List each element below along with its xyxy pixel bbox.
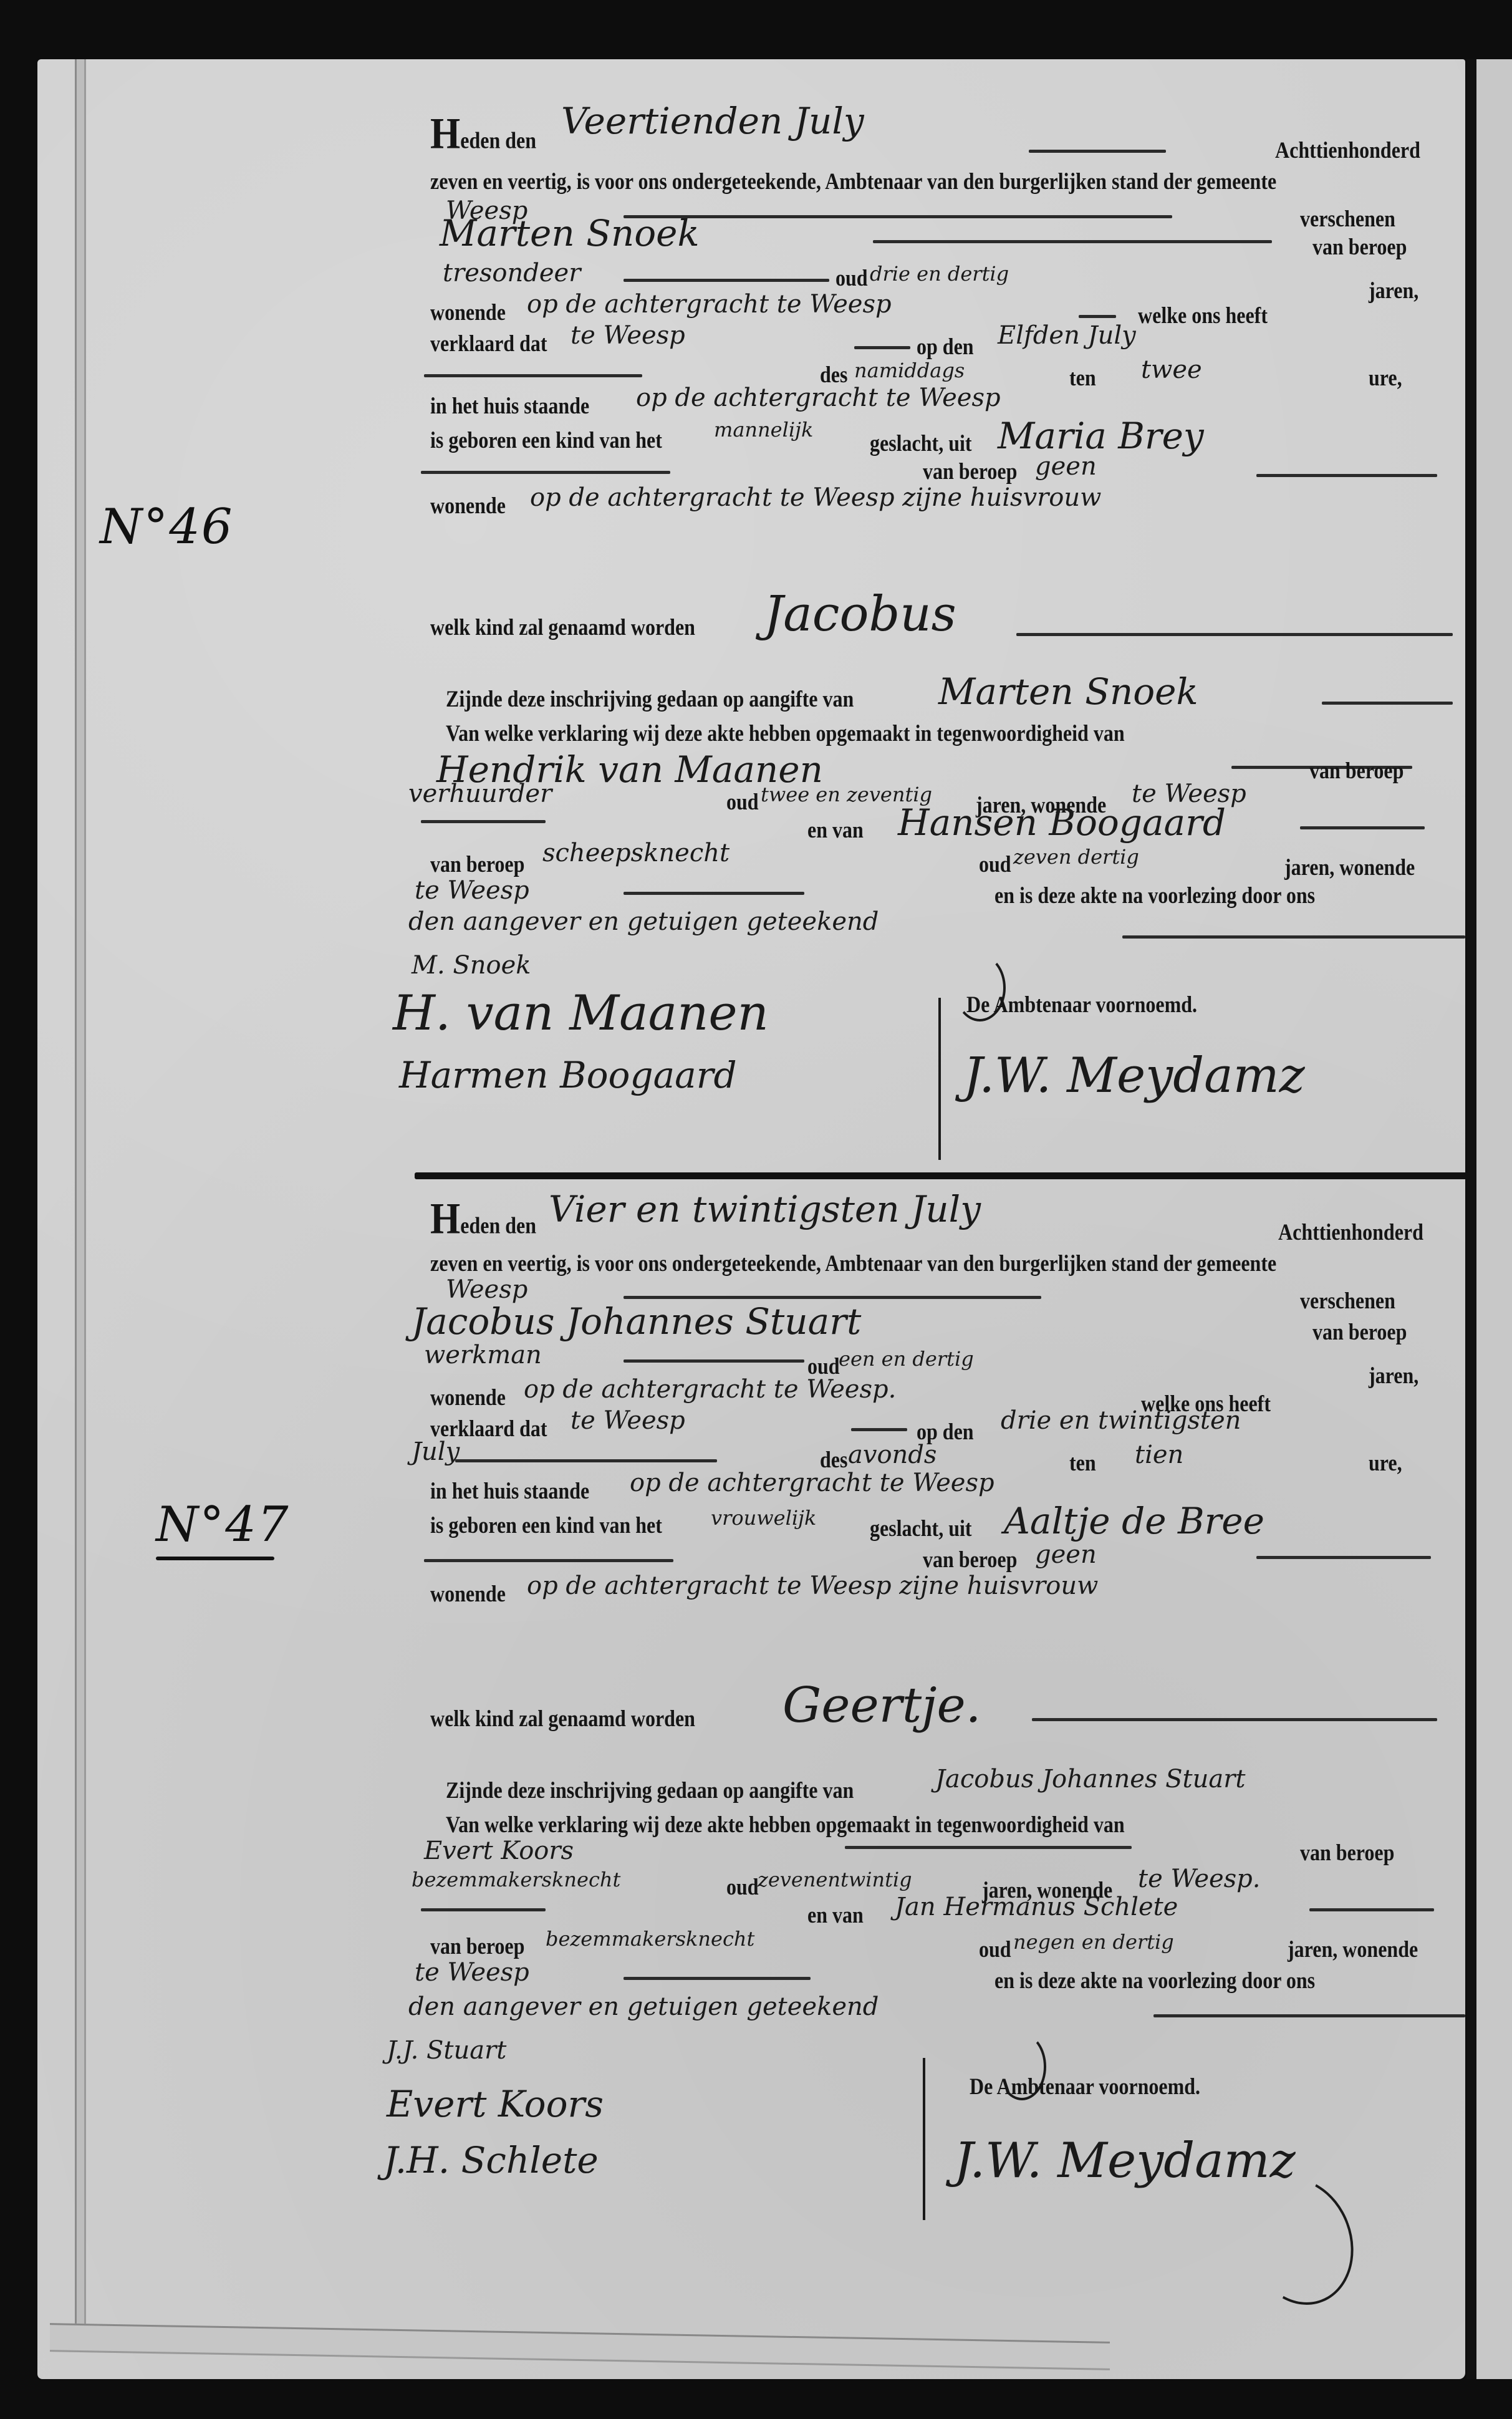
- ten-label: ten: [1069, 1449, 1096, 1476]
- age-handwritten: drie en dertig: [870, 262, 1009, 286]
- fill-line: [421, 820, 546, 823]
- witness2-jaren-wonende-label: jaren, wonende: [1284, 854, 1415, 881]
- achttienhonderd-label: Achttienhonderd: [1275, 137, 1420, 163]
- fill-line: [624, 1359, 804, 1363]
- hour-handwritten: twee: [1141, 355, 1202, 384]
- registrar-signature: J.W. Meydamz: [954, 2133, 1296, 2189]
- child-name-handwritten: Geertje.: [782, 1678, 981, 1734]
- fill-line: [873, 240, 1272, 243]
- in-het-huis-label: in het huis staande: [430, 1477, 589, 1504]
- witness2-oud-label: oud: [979, 851, 1011, 877]
- occupation-handwritten: werkman: [424, 1341, 542, 1369]
- geslacht-uit-label: geslacht, uit: [870, 1515, 972, 1542]
- mother-beroep-label: van beroep: [923, 458, 1017, 485]
- daypart-handwritten: namiddags: [854, 359, 965, 382]
- fill-line: [624, 1977, 811, 1980]
- mother-occupation-handwritten: geen: [1035, 452, 1097, 481]
- house-handwritten: op de achtergracht te Weesp: [630, 1469, 994, 1497]
- genaamd-label: welk kind zal genaamd worden: [430, 1705, 695, 1732]
- witness1-oud-label: oud: [726, 788, 759, 815]
- fill-line: [1079, 315, 1116, 318]
- mother-handwritten: Maria Brey: [998, 415, 1204, 457]
- geboren-label: is geboren een kind van het: [430, 1512, 662, 1538]
- signature-divider: [923, 2058, 925, 2220]
- witness2-oud-label: oud: [979, 1936, 1011, 1963]
- mother-residence-handwritten: op de achtergracht te Weesp zijne huisvr…: [527, 1572, 1098, 1600]
- verschenen-label: verschenen: [1300, 205, 1395, 232]
- witness1-beroep-label: van beroep: [1309, 757, 1404, 784]
- residence-handwritten: op de achtergracht te Weesp.: [524, 1375, 896, 1404]
- witness2-handwritten: Hansen Boogaard: [898, 801, 1226, 844]
- witness2-occupation-handwritten: scheepsknecht: [542, 839, 730, 867]
- witness2-beroep-label: van beroep: [430, 1933, 524, 1959]
- mother-occupation-handwritten: geen: [1035, 1540, 1097, 1569]
- witness2-age-handwritten: zeven dertig: [1013, 845, 1139, 869]
- witness2-age-handwritten: negen en dertig: [1013, 1930, 1174, 1954]
- date-handwritten: Veertienden July: [561, 100, 864, 142]
- fill-line: [1016, 633, 1453, 636]
- ten-label: ten: [1069, 364, 1096, 391]
- fill-line: [1029, 150, 1166, 153]
- genaamd-label: welk kind zal genaamd worden: [430, 614, 695, 640]
- oud-label: oud: [835, 264, 868, 291]
- fill-line: [1309, 1908, 1434, 1911]
- fill-line: [421, 1908, 546, 1911]
- fill-line: [1322, 702, 1453, 705]
- verklaard-dat-label: verklaard dat: [430, 330, 547, 357]
- witness1-beroep-label: van beroep: [1300, 1839, 1394, 1866]
- mother-handwritten: Aaltje de Bree: [1004, 1500, 1264, 1542]
- en-van-label: en van: [807, 1901, 864, 1928]
- fill-line: [624, 215, 1172, 218]
- place-handwritten: te Weesp: [571, 321, 685, 350]
- ambtenaar-label: De Ambtenaar voornoemd.: [970, 2073, 1200, 2100]
- registrar-signature: J.W. Meydamz: [963, 1048, 1305, 1104]
- geslacht-uit-label: geslacht, uit: [870, 430, 972, 456]
- van-beroep-label: van beroep: [1312, 233, 1407, 260]
- witness2-residence-handwritten: te Weesp: [415, 876, 529, 905]
- birth-date-handwritten: drie en twintigsten: [1001, 1406, 1241, 1435]
- fill-line: [1256, 1556, 1431, 1559]
- signature-declarant: J.J. Stuart: [387, 2036, 506, 2065]
- signed-handwritten: den aangever en getuigen geteekend: [408, 1992, 879, 2021]
- verschenen-label: verschenen: [1300, 1287, 1395, 1314]
- wonende-label: wonende: [430, 1384, 506, 1411]
- entry-separator: [415, 1172, 1468, 1179]
- fill-line: [421, 471, 670, 474]
- witness1-residence-handwritten: te Weesp.: [1138, 1865, 1261, 1893]
- voorlezing-label: en is deze akte na voorlezing door ons: [994, 882, 1315, 909]
- fill-line: [624, 892, 804, 895]
- tegenwoordigheid-label: Van welke verklaring wij deze akte hebbe…: [446, 720, 1125, 746]
- fill-line: [851, 1428, 907, 1431]
- witness2-residence-handwritten: te Weesp: [415, 1958, 529, 1987]
- margin-number: N°47: [156, 1497, 290, 1560]
- witness2-handwritten: Jan Hermanus Schlete: [895, 1893, 1178, 1921]
- signature-witness2: J.H. Schlete: [383, 2139, 599, 2181]
- witness1-age-handwritten: zevenentwintig: [758, 1868, 912, 1891]
- ambtenaar-label: De Ambtenaar voornoemd.: [966, 991, 1197, 1018]
- signature-witness1: Evert Koors: [387, 2083, 604, 2125]
- geboren-label: is geboren een kind van het: [430, 427, 662, 453]
- jaren-label: jaren,: [1369, 277, 1418, 304]
- voorlezing-label: en is deze akte na voorlezing door ons: [994, 1967, 1315, 1994]
- margin-number: N°46: [100, 499, 234, 555]
- aangifte-handwritten: Marten Snoek: [938, 670, 1198, 713]
- place-handwritten: te Weesp: [571, 1406, 685, 1435]
- witness2-jaren-wonende-label: jaren, wonende: [1288, 1936, 1418, 1963]
- ure-label: ure,: [1369, 364, 1402, 391]
- fill-line: [1153, 2014, 1465, 2017]
- jaren-label: jaren,: [1369, 1362, 1418, 1389]
- birth-date-handwritten: Elfden July: [998, 321, 1136, 350]
- right-border-rule: [1466, 59, 1476, 2379]
- residence-handwritten: op de achtergracht te Weesp: [527, 290, 892, 319]
- op-den-label: op den: [917, 333, 974, 360]
- mother-residence-handwritten: op de achtergracht te Weesp zijne huisvr…: [530, 483, 1101, 512]
- van-beroep-label: van beroep: [1312, 1318, 1407, 1345]
- fill-line: [455, 1459, 717, 1462]
- fill-line: [854, 346, 910, 349]
- occupation-handwritten: tresondeer: [443, 259, 580, 287]
- aangifte-label: Zijnde deze inschrijving gedaan op aangi…: [446, 1777, 854, 1803]
- mother-beroep-label: van beroep: [923, 1546, 1017, 1573]
- fill-line: [1256, 474, 1437, 477]
- fill-line: [424, 374, 642, 377]
- mother-wonende-label: wonende: [430, 1580, 506, 1607]
- heden-den-label: Heden den: [430, 109, 536, 160]
- birth-month-handwritten: July: [412, 1437, 460, 1466]
- page-binding-edge: [75, 59, 86, 2329]
- welke-ons-heeft-label: welke ons heeft: [1138, 302, 1268, 329]
- fill-line: [845, 1846, 1132, 1849]
- in-het-huis-label: in het huis staande: [430, 392, 589, 419]
- adjacent-page-strip: [1476, 59, 1512, 2379]
- signature-witness1: H. van Maanen: [393, 985, 769, 1041]
- wonende-label: wonende: [430, 299, 506, 326]
- aangifte-label: Zijnde deze inschrijving gedaan op aangi…: [446, 685, 854, 712]
- signature-witness2: Harmen Boogaard: [399, 1054, 737, 1096]
- witness1-handwritten: Evert Koors: [424, 1837, 574, 1865]
- ure-label: ure,: [1369, 1449, 1402, 1476]
- hour-handwritten: tien: [1135, 1441, 1183, 1469]
- fill-line: [1032, 1718, 1437, 1721]
- fill-line: [424, 1559, 673, 1562]
- fill-line: [1122, 935, 1465, 939]
- fill-line: [624, 1296, 1041, 1299]
- witness1-occupation-handwritten: verhuurder: [408, 780, 552, 808]
- declarant-handwritten: Marten Snoek: [440, 212, 700, 254]
- mother-wonende-label: wonende: [430, 492, 506, 519]
- preamble-text: zeven en veertig, is voor ons ondergetee…: [430, 1250, 1276, 1277]
- declarant-handwritten: Jacobus Johannes Stuart: [412, 1300, 861, 1343]
- signature-divider: [938, 998, 941, 1160]
- age-handwritten: een en dertig: [839, 1347, 974, 1371]
- date-handwritten: Vier en twintigsten July: [549, 1188, 981, 1230]
- witness1-oud-label: oud: [726, 1873, 759, 1900]
- signed-handwritten: den aangever en getuigen geteekend: [408, 907, 879, 936]
- sex-handwritten: mannelijk: [714, 418, 813, 442]
- witness2-beroep-label: van beroep: [430, 851, 524, 877]
- fill-line: [1300, 826, 1425, 829]
- aangifte-handwritten: Jacobus Johannes Stuart: [935, 1765, 1245, 1794]
- heden-den-label: Heden den: [430, 1194, 536, 1245]
- achttienhonderd-label: Achttienhonderd: [1278, 1219, 1423, 1245]
- en-van-label: en van: [807, 816, 864, 843]
- fill-line: [624, 279, 829, 282]
- daypart-handwritten: avonds: [848, 1441, 937, 1469]
- preamble-text: zeven en veertig, is voor ons ondergetee…: [430, 168, 1276, 195]
- sex-handwritten: vrouwelijk: [711, 1506, 816, 1530]
- child-name-handwritten: Jacobus: [764, 586, 956, 642]
- house-handwritten: op de achtergracht te Weesp: [636, 384, 1001, 412]
- tegenwoordigheid-label: Van welke verklaring wij deze akte hebbe…: [446, 1811, 1125, 1838]
- witness2-occupation-handwritten: bezemmakersknecht: [546, 1927, 754, 1951]
- witness1-occupation-handwritten: bezemmakersknecht: [412, 1868, 620, 1891]
- signature-declarant: M. Snoek: [412, 951, 531, 980]
